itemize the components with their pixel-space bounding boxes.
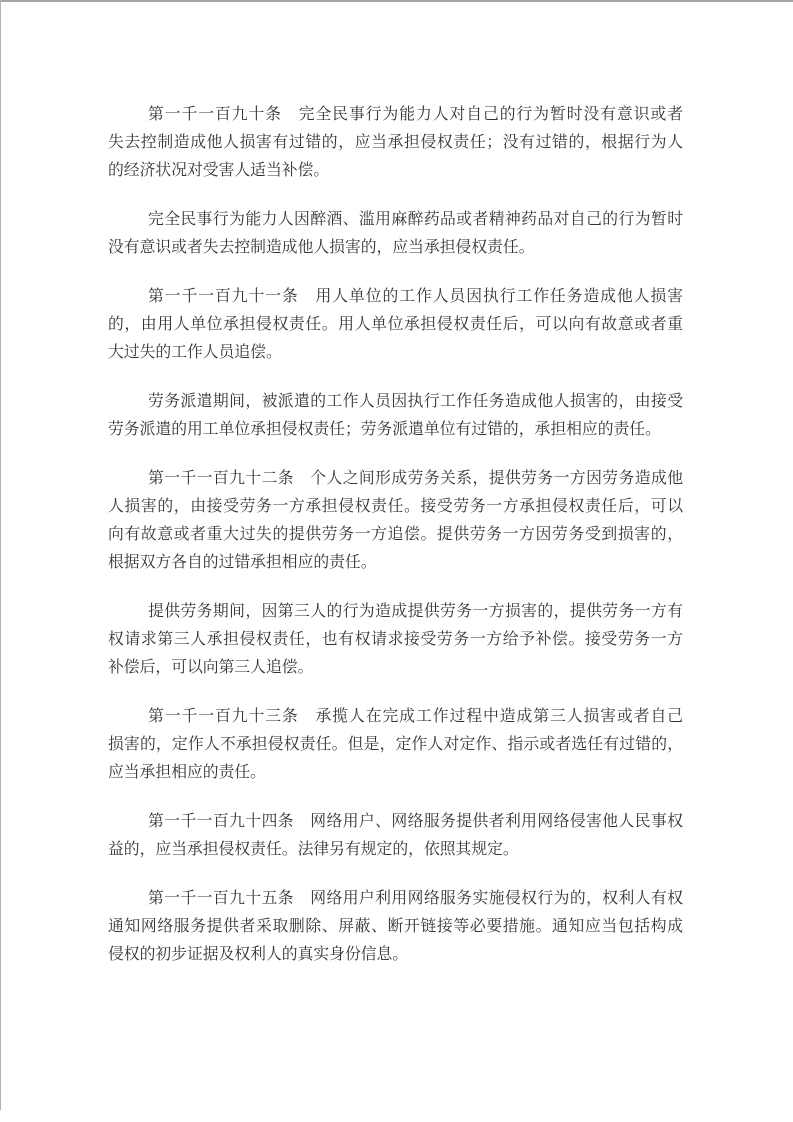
text-line: 向有故意或者重大过失的提供劳务一方追偿。提供劳务一方因劳务受到损害的， <box>108 521 683 549</box>
text-line: 侵权的初步证据及权利人的真实身份信息。 <box>108 941 683 969</box>
text-line: 通知网络服务提供者采取删除、屏蔽、断开链接等必要措施。通知应当包括构成 <box>108 913 683 941</box>
paragraph: 完全民事行为能力人因醉酒、滥用麻醉药品或者精神药品对自己的行为暂时没有意识或者失… <box>108 206 683 262</box>
text-line: 提供劳务期间，因第三人的行为造成提供劳务一方损害的，提供劳务一方有 <box>108 598 683 626</box>
paragraph: 第一千一百九十条 完全民事行为能力人对自己的行为暂时没有意识或者失去控制造成他人… <box>108 101 683 185</box>
paragraph: 劳务派遣期间，被派遣的工作人员因执行工作任务造成他人损害的，由接受劳务派遣的用工… <box>108 388 683 444</box>
page-border-left <box>0 0 1 1110</box>
page-border-top <box>0 0 793 2</box>
text-line: 第一千一百九十条 完全民事行为能力人对自己的行为暂时没有意识或者 <box>108 101 683 129</box>
text-line: 劳务派遣期间，被派遣的工作人员因执行工作任务造成他人损害的，由接受 <box>108 388 683 416</box>
text-line: 完全民事行为能力人因醉酒、滥用麻醉药品或者精神药品对自己的行为暂时 <box>108 206 683 234</box>
text-line: 的经济状况对受害人适当补偿。 <box>108 157 683 185</box>
text-line: 第一千一百九十四条 网络用户、网络服务提供者利用网络侵害他人民事权 <box>108 808 683 836</box>
text-line: 权请求第三人承担侵权责任，也有权请求接受劳务一方给予补偿。接受劳务一方 <box>108 626 683 654</box>
text-line: 补偿后，可以向第三人追偿。 <box>108 654 683 682</box>
text-line: 劳务派遣的用工单位承担侵权责任；劳务派遣单位有过错的，承担相应的责任。 <box>108 416 683 444</box>
document-text-block: 第一千一百九十条 完全民事行为能力人对自己的行为暂时没有意识或者失去控制造成他人… <box>108 101 683 990</box>
paragraph: 提供劳务期间，因第三人的行为造成提供劳务一方损害的，提供劳务一方有权请求第三人承… <box>108 598 683 682</box>
text-line: 第一千一百九十三条 承揽人在完成工作过程中造成第三人损害或者自己 <box>108 703 683 731</box>
paragraph: 第一千一百九十三条 承揽人在完成工作过程中造成第三人损害或者自己损害的，定作人不… <box>108 703 683 787</box>
paragraph: 第一千一百九十四条 网络用户、网络服务提供者利用网络侵害他人民事权益的，应当承担… <box>108 808 683 864</box>
text-line: 益的，应当承担侵权责任。法律另有规定的，依照其规定。 <box>108 836 683 864</box>
text-line: 没有意识或者失去控制造成他人损害的，应当承担侵权责任。 <box>108 234 683 262</box>
text-line: 损害的，定作人不承担侵权责任。但是，定作人对定作、指示或者选任有过错的， <box>108 731 683 759</box>
text-line: 第一千一百九十五条 网络用户利用网络服务实施侵权行为的，权利人有权 <box>108 885 683 913</box>
paragraph: 第一千一百九十二条 个人之间形成劳务关系，提供劳务一方因劳务造成他人损害的，由接… <box>108 465 683 577</box>
text-line: 第一千一百九十一条 用人单位的工作人员因执行工作任务造成他人损害 <box>108 283 683 311</box>
text-line: 应当承担相应的责任。 <box>108 759 683 787</box>
paragraph: 第一千一百九十五条 网络用户利用网络服务实施侵权行为的，权利人有权通知网络服务提… <box>108 885 683 969</box>
text-line: 大过失的工作人员追偿。 <box>108 339 683 367</box>
text-line: 人损害的，由接受劳务一方承担侵权责任。接受劳务一方承担侵权责任后，可以 <box>108 493 683 521</box>
text-line: 根据双方各自的过错承担相应的责任。 <box>108 549 683 577</box>
paragraph: 第一千一百九十一条 用人单位的工作人员因执行工作任务造成他人损害的，由用人单位承… <box>108 283 683 367</box>
text-line: 失去控制造成他人损害有过错的，应当承担侵权责任；没有过错的，根据行为人 <box>108 129 683 157</box>
text-line: 第一千一百九十二条 个人之间形成劳务关系，提供劳务一方因劳务造成他 <box>108 465 683 493</box>
text-line: 的，由用人单位承担侵权责任。用人单位承担侵权责任后，可以向有故意或者重 <box>108 311 683 339</box>
